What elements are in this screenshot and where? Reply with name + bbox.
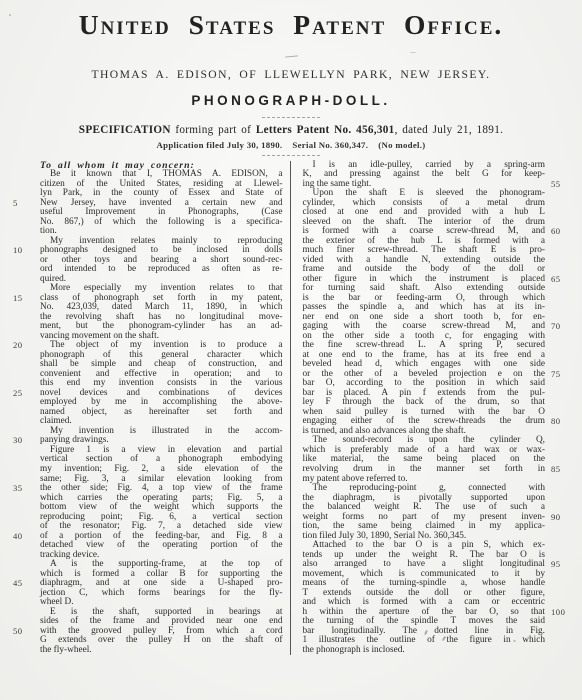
- text-line-content: The sound-record is upon the cylinder Q,: [313, 435, 546, 445]
- column-left: To all whom it may concern:Be it known t…: [40, 161, 283, 656]
- text-line-content: which is formed a collar B for supportin…: [40, 569, 283, 579]
- scan-speck: [9, 14, 11, 16]
- text-line-content: shall be simple and cheap of constructio…: [40, 359, 283, 369]
- serial-number: Serial No. 360,347.: [292, 140, 368, 150]
- text-line-content: 1 illustrates the outline of the figure …: [303, 635, 546, 645]
- text-line-content: class of phonograph set forth in my pate…: [40, 293, 283, 303]
- text-line-content: My invention relates mainly to reproduci…: [50, 236, 283, 246]
- text-line-content: A is the supporting-frame, at the top of: [50, 559, 283, 569]
- text-line: the phonograph is inclosed.: [303, 646, 546, 656]
- text-line-content: the fine screw-thread L. A spring P, sec…: [303, 340, 546, 350]
- application-line: Application filed July 30, 1890.Serial N…: [0, 140, 582, 150]
- spec-patent-number: Letters Patent No. 456,301: [256, 124, 395, 136]
- text-line-content: K, and pressing against the belt G for k…: [303, 169, 546, 179]
- line-number: 60: [551, 227, 573, 237]
- text-line-content: tion filed July 30, 1890, Serial No. 360…: [303, 531, 467, 541]
- text-line-content: also arranged to have a slight longitudi…: [303, 559, 546, 569]
- text-line-content: No. 867,) of which the following is a sp…: [40, 217, 283, 227]
- text-line-content: sides of the frame and provided near one…: [40, 616, 283, 626]
- text-line-content: claimed.: [40, 416, 72, 426]
- text-line-content: bottom view of the weight which supports…: [40, 502, 283, 512]
- spec-label: SPECIFICATION: [79, 124, 171, 136]
- text-line-content: for turning said shaft. Also extending o…: [303, 283, 546, 293]
- text-line: the fly-wheel.: [40, 646, 283, 656]
- text-line-content: this end my invention consists in the va…: [40, 378, 283, 388]
- text-line-content: passes the spindle a, and which has at i…: [303, 302, 546, 312]
- text-line-content: revolving drum in the manner set forth i…: [303, 464, 546, 474]
- text-line-content: My invention is illustrated in the accom…: [50, 426, 283, 436]
- text-line-content: No. 423,039, dated March 11, 1890, in wh…: [40, 302, 283, 312]
- flourish-divider: [284, 53, 297, 57]
- text-line-content: tends up under the weight R. The bar O i…: [303, 550, 546, 560]
- text-line-content: weight forms no part of my present inven…: [303, 512, 546, 522]
- text-line-content: of the resonator; Fig. 7, a detached sid…: [40, 521, 283, 531]
- text-line-content: the balanced weight R. The use of such a: [303, 502, 546, 512]
- line-number: 20: [13, 341, 32, 351]
- text-line-content: phonographs designed to be inclosed in d…: [40, 245, 283, 255]
- text-line: No. 867,) of which the following is a sp…: [40, 218, 283, 228]
- patent-title: PHONOGRAPH-DOLL.: [0, 93, 582, 108]
- text-line-content: ment, but the phonogram-cylinder has an …: [40, 321, 283, 331]
- text-line-content: Be it known that I, THOMAS A. EDISON, a: [50, 169, 283, 179]
- dashed-rule-top: [262, 117, 320, 118]
- line-number: 30: [13, 436, 32, 446]
- text-line-content: Upon the shaft E is sleeved the phonogra…: [313, 188, 546, 198]
- line-number: 80: [551, 417, 573, 427]
- text-line-content: is turned, and also advances along the s…: [303, 426, 466, 436]
- text-line-content: The object of my invention is to produce…: [50, 340, 283, 350]
- inventor-line: THOMAS A. EDISON, OF LLEWELLYN PARK, NEW…: [0, 68, 582, 81]
- dashed-rule-bottom: [262, 155, 320, 156]
- office-title: United States Patent Office.: [0, 11, 582, 39]
- text-line-content: Attached to the bar O is a pin S, which …: [313, 540, 546, 550]
- text-line-content: gaging with the coarse screw-thread M, a…: [303, 321, 546, 331]
- text-line-content: is the bar or feeding-arm O, through whi…: [303, 293, 546, 303]
- text-line-content: ley F through the back of the drum, so t…: [303, 397, 546, 407]
- text-line-content: ner end on one side a short tooth b, for…: [303, 312, 546, 322]
- line-number: 100: [551, 608, 573, 618]
- text-line-content: beveled head d, which engages with one s…: [303, 359, 546, 369]
- text-line-content: ord intended to be reproduced as often a…: [40, 264, 283, 274]
- text-line-content: the fly-wheel.: [40, 645, 92, 655]
- text-line-content: More especially my invention relates to …: [50, 283, 283, 293]
- line-number: 35: [13, 484, 32, 494]
- text-line-content: which is preferably made of a hard wax o…: [303, 445, 546, 455]
- text-line-content: much finer screw-thread. The shaft E is …: [303, 245, 546, 255]
- text-line-content: novel devices and combinations of device…: [40, 388, 283, 398]
- text-line-content: employed by me in accomplishing the abov…: [40, 397, 283, 407]
- text-line-content: and which is formed with a cam or eccent…: [303, 597, 546, 607]
- text-line-content: useful Improvement in Phonographs, (Case: [40, 207, 283, 217]
- line-number: 50: [13, 627, 32, 637]
- text-line-content: lyn Park, in the county of Essex and Sta…: [40, 188, 283, 198]
- text-line: ord intended to be reproduced as often a…: [40, 265, 283, 275]
- text-line-content: the phonograph is inclosed.: [303, 645, 405, 655]
- line-number: 15: [13, 294, 32, 304]
- line-number: 45: [13, 579, 32, 589]
- specification-body: To all whom it may concern:Be it known t…: [0, 161, 582, 656]
- text-line-content: named object, as hereinafter set forth a…: [40, 407, 283, 417]
- text-line-content: the other side; Fig. 4, a top view of th…: [40, 483, 283, 493]
- line-number: 10: [13, 246, 32, 256]
- text-line-content: like material, the same being placed on …: [303, 454, 546, 464]
- spec-text: forming part of: [171, 124, 256, 136]
- line-number: 70: [551, 322, 573, 332]
- line-number: 40: [13, 532, 32, 542]
- text-line-content: means of the turning-spindle a, whose ha…: [303, 578, 546, 588]
- text-line-content: bar O, according to the position in whic…: [303, 378, 546, 388]
- line-number: 25: [13, 389, 32, 399]
- text-line-content: my patent above referred to.: [303, 474, 408, 484]
- specification-line: SPECIFICATION forming part of Letters Pa…: [0, 124, 582, 136]
- spec-date: , dated July 21, 1891.: [395, 124, 504, 136]
- text-line-content: engaging either of the screw-threads the…: [303, 416, 546, 426]
- patent-page: United States Patent Office. THOMAS A. E…: [0, 0, 582, 700]
- line-number: 75: [551, 370, 573, 380]
- line-number: 85: [551, 465, 573, 475]
- text-line-content: frame and outside the body of the doll o…: [303, 264, 546, 274]
- no-model-note: (No model.): [378, 140, 425, 150]
- text-line: named object, as hereinafter set forth a…: [40, 408, 283, 418]
- text-line-content: closed at one end and provided with a hu…: [303, 207, 546, 217]
- text-line: jection C, which forms bearings for the …: [40, 589, 283, 599]
- text-line-content: wheel D.: [40, 597, 74, 607]
- text-line-content: jection C, which forms bearings for the …: [40, 588, 283, 598]
- text-line-content: the revolving shaft has no longitudinal …: [40, 312, 283, 322]
- text-line-content: quired.: [40, 274, 66, 284]
- line-number: 65: [551, 275, 573, 285]
- text-line-content: or the other of a beveled projection e o…: [303, 369, 546, 379]
- text-line-content: The reproducing-point g, connected with: [313, 483, 546, 493]
- text-line-content: diaphragm, and at one side a U-shaped pr…: [40, 578, 283, 588]
- text-line-content: I is an idle-pulley, carried by a spring…: [313, 160, 546, 170]
- text-line-content: tion.: [40, 226, 57, 236]
- text-line-content: cylinder, which consists of a metal drum: [303, 198, 546, 208]
- text-line-content: my invention; Fig. 2, a side elevation o…: [40, 464, 283, 474]
- line-number: 90: [551, 513, 573, 523]
- text-line-content: vertical section of a phonograph embodyi…: [40, 454, 283, 464]
- text-line-content: detached view of the operating portion o…: [40, 540, 283, 550]
- text-line-content: panying drawings.: [40, 435, 109, 445]
- column-right: I is an idle-pulley, carried by a spring…: [290, 161, 546, 656]
- line-number: 5: [13, 199, 32, 209]
- text-line-content: G extends over the pulley H on the shaft…: [40, 635, 283, 645]
- line-number: 55: [551, 180, 573, 190]
- application-filed: Application filed July 30, 1890.: [156, 140, 282, 150]
- text-line-content: is formed with a coarse screw-thread M, …: [303, 226, 546, 236]
- text-line-content: at one end to the frame, has at its free…: [303, 350, 546, 360]
- masthead: United States Patent Office. THOMAS A. E…: [0, 0, 582, 156]
- text-line-content: tion, the same being claimed in my appli…: [303, 521, 546, 531]
- scan-speck: [513, 640, 516, 642]
- line-number: 95: [551, 560, 573, 570]
- text-line-content: the turning of the spindle T moves the s…: [303, 616, 546, 626]
- text-line-content: convenient and effective in operation; a…: [40, 369, 283, 379]
